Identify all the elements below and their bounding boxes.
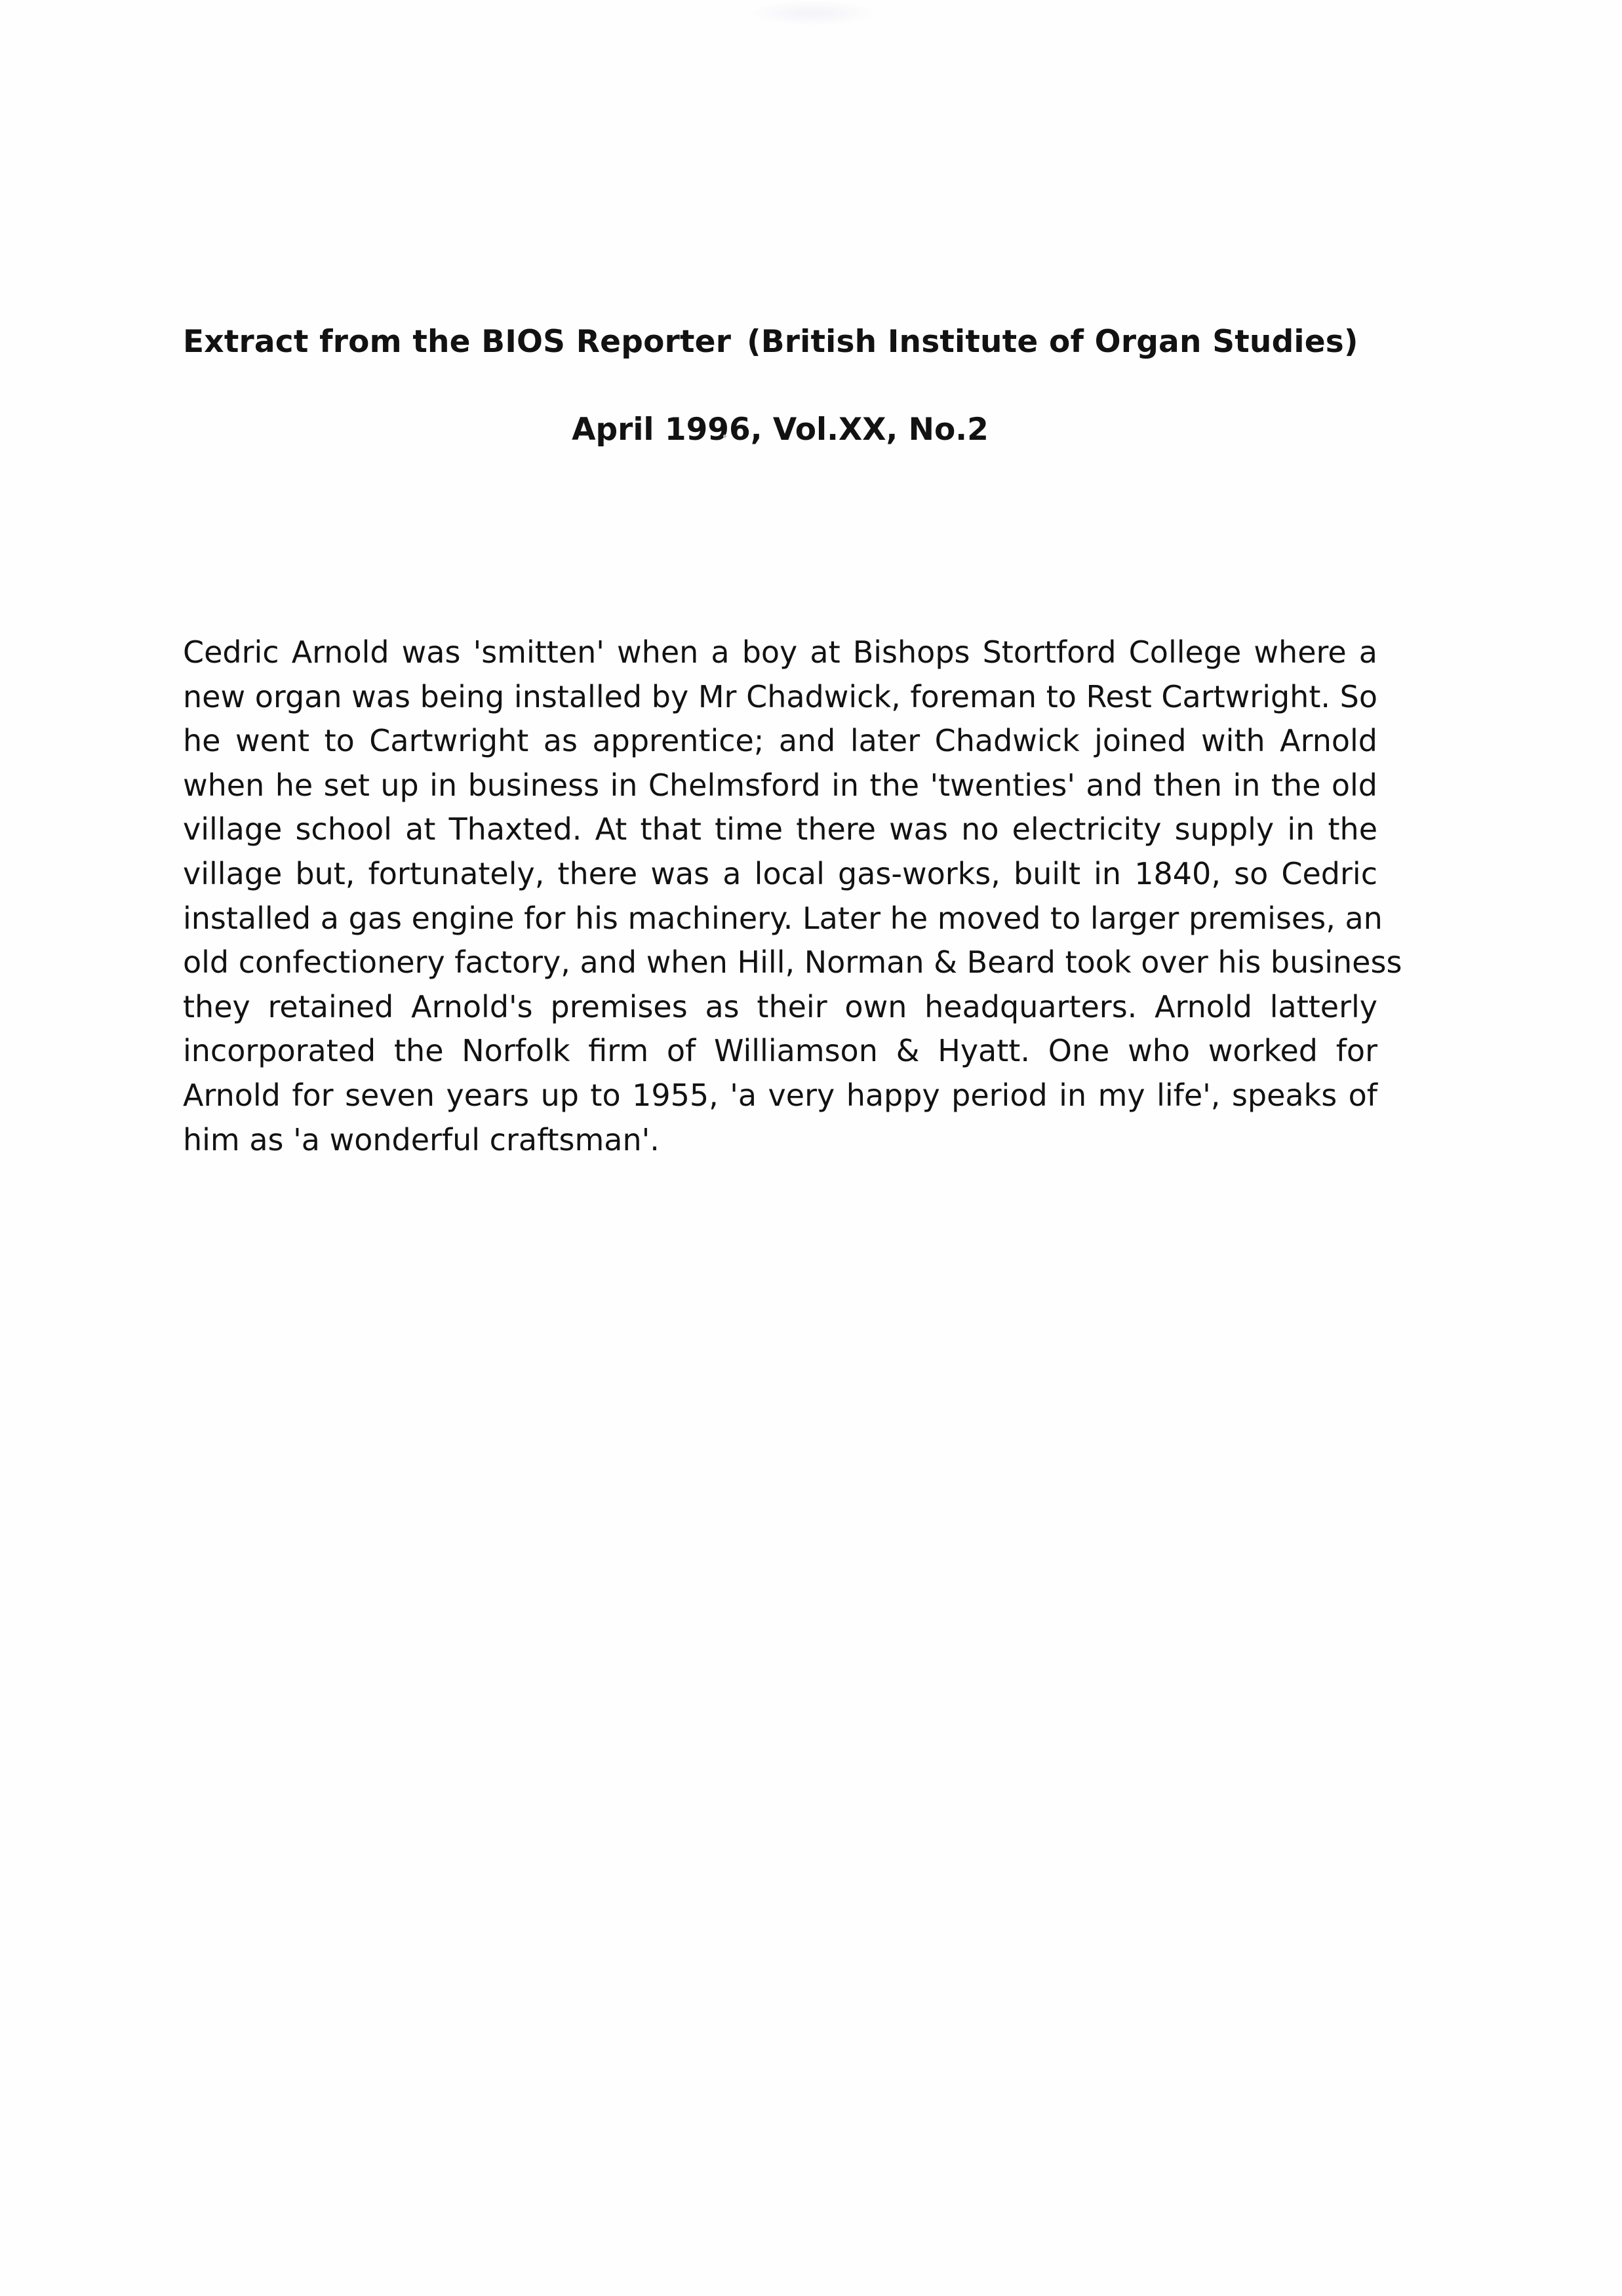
- paragraph-line: new organ was being installed by Mr Chad…: [183, 675, 1377, 720]
- title-institute: (British Institute of Organ Studies): [747, 324, 1358, 360]
- paragraph-line: village but, fortunately, there was a lo…: [183, 852, 1377, 897]
- paragraph-line: Cedric Arnold was 'smitten' when a boy a…: [183, 631, 1377, 675]
- paragraph-line: old confectionery factory, and when Hill…: [183, 941, 1377, 985]
- title-publication: Extract from the BIOS Reporter: [183, 324, 731, 360]
- issue-date-volume: April 1996, Vol.XX, No.2: [183, 410, 1377, 450]
- paragraph-line: when he set up in business in Chelmsford…: [183, 764, 1377, 808]
- document-title: Extract from the BIOS Reporter(British I…: [183, 322, 1358, 362]
- scan-artifact: [747, 0, 879, 26]
- scan-speck: [723, 435, 726, 438]
- paragraph-line: incorporated the Norfolk firm of William…: [183, 1029, 1377, 1074]
- paragraph-line: village school at Thaxted. At that time …: [183, 807, 1377, 852]
- paragraph-line: him as 'a wonderful craftsman'.: [183, 1118, 1377, 1163]
- paragraph-line: they retained Arnold's premises as their…: [183, 985, 1377, 1030]
- paragraph-line: he went to Cartwright as apprentice; and…: [183, 719, 1377, 764]
- article-paragraph: Cedric Arnold was 'smitten' when a boy a…: [183, 631, 1377, 1162]
- paragraph-line: Arnold for seven years up to 1955, 'a ve…: [183, 1074, 1377, 1118]
- paragraph-line: installed a gas engine for his machinery…: [183, 897, 1377, 941]
